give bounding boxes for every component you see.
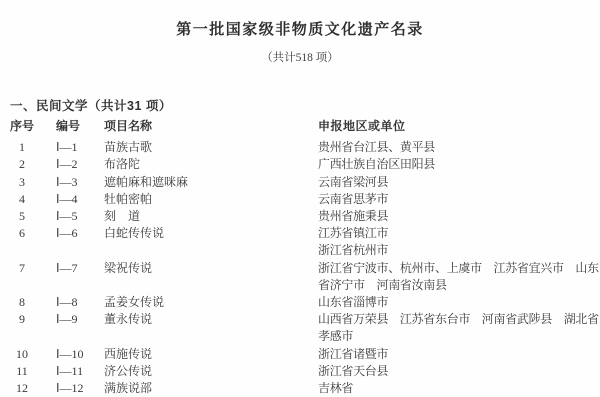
row-no: 6 — [6, 225, 38, 242]
row-name: 济公传说 — [104, 363, 318, 380]
row-region: 贵州省台江县、黄平县 — [318, 139, 600, 156]
row-name: 刻 道 — [104, 208, 318, 225]
row-name: 梁祝传说 — [104, 260, 318, 277]
table-row: 4Ⅰ—4牡帕密帕云南省思茅市 — [0, 191, 600, 208]
row-code: Ⅰ—8 — [56, 294, 104, 311]
table-row: 8Ⅰ—8孟姜女传说山东省淄博市 — [0, 294, 600, 311]
region-line: 贵州省施秉县 — [318, 208, 596, 225]
row-code: Ⅰ—9 — [56, 311, 104, 328]
region-line: 山西省万荣县 江苏省东台市 河南省武陟县 湖北省 — [318, 311, 599, 328]
region-line: 孝感市 — [318, 328, 599, 345]
row-region: 山东省淄博市 — [318, 294, 600, 311]
row-region: 广西壮族自治区田阳县 — [318, 156, 600, 173]
header-region: 申报地区或单位 — [318, 118, 600, 135]
row-no: 1 — [6, 139, 38, 156]
row-no: 12 — [6, 380, 38, 397]
row-no: 10 — [6, 346, 38, 363]
table-row: 2Ⅰ—2布洛陀广西壮族自治区田阳县 — [0, 156, 600, 173]
region-line: 浙江省天台县 — [318, 363, 596, 380]
row-name: 牡帕密帕 — [104, 191, 318, 208]
region-line: 广西壮族自治区田阳县 — [318, 156, 596, 173]
table-row: 12Ⅰ—12满族说部吉林省 — [0, 380, 600, 397]
region-line: 云南省梁河县 — [318, 174, 596, 191]
row-name: 董永传说 — [104, 311, 318, 328]
table-row: 3Ⅰ—3遮帕麻和遮咪麻云南省梁河县 — [0, 174, 600, 191]
row-code: Ⅰ—4 — [56, 191, 104, 208]
row-name: 满族说部 — [104, 380, 318, 397]
row-name: 西施传说 — [104, 346, 318, 363]
region-line: 山东省淄博市 — [318, 294, 596, 311]
row-name: 白蛇传传说 — [104, 225, 318, 242]
table-header-row: 序号 编号 项目名称 申报地区或单位 — [0, 118, 600, 135]
row-region: 浙江省诸暨市 — [318, 346, 600, 363]
region-line: 浙江省宁波市、杭州市、上虞市 江苏省宜兴市 山东 — [318, 260, 599, 277]
row-name: 孟姜女传说 — [104, 294, 318, 311]
region-line: 浙江省诸暨市 — [318, 346, 596, 363]
row-no: 11 — [6, 363, 38, 380]
row-no: 9 — [6, 311, 38, 328]
header-no: 序号 — [6, 118, 38, 135]
row-region: 浙江省天台县 — [318, 363, 600, 380]
row-name: 遮帕麻和遮咪麻 — [104, 174, 318, 191]
header-name: 项目名称 — [104, 118, 318, 135]
row-code: Ⅰ—6 — [56, 225, 104, 242]
row-name: 苗族古歌 — [104, 139, 318, 156]
table-row: 7Ⅰ—7梁祝传说浙江省宁波市、杭州市、上虞市 江苏省宜兴市 山东省济宁市 河南省… — [0, 260, 600, 294]
row-region: 贵州省施秉县 — [318, 208, 600, 225]
region-line: 省济宁市 河南省汝南县 — [318, 277, 599, 294]
region-line: 云南省思茅市 — [318, 191, 596, 208]
row-code: Ⅰ—12 — [56, 380, 104, 397]
row-region: 云南省梁河县 — [318, 174, 600, 191]
row-no: 3 — [6, 174, 38, 191]
row-region: 山西省万荣县 江苏省东台市 河南省武陟县 湖北省孝感市 — [318, 311, 600, 345]
table-row: 5Ⅰ—5刻 道贵州省施秉县 — [0, 208, 600, 225]
row-code: Ⅰ—3 — [56, 174, 104, 191]
row-no: 7 — [6, 260, 38, 277]
region-line: 贵州省台江县、黄平县 — [318, 139, 596, 156]
table-row: 11Ⅰ—11济公传说浙江省天台县 — [0, 363, 600, 380]
row-no: 4 — [6, 191, 38, 208]
row-code: Ⅰ—5 — [56, 208, 104, 225]
row-name: 布洛陀 — [104, 156, 318, 173]
document-page: 第一批国家级非物质文化遗产名录 （共计518 项） 一、民间文学（共计31 项）… — [0, 0, 600, 397]
row-region: 云南省思茅市 — [318, 191, 600, 208]
row-code: Ⅰ—11 — [56, 363, 104, 380]
row-region: 吉林省 — [318, 380, 600, 397]
row-code: Ⅰ—2 — [56, 156, 104, 173]
table-row: 10Ⅰ—10西施传说浙江省诸暨市 — [0, 346, 600, 363]
heritage-table: 序号 编号 项目名称 申报地区或单位 1Ⅰ—1苗族古歌贵州省台江县、黄平县2Ⅰ—… — [0, 118, 600, 397]
table-row: 6Ⅰ—6白蛇传传说江苏省镇江市浙江省杭州市 — [0, 225, 600, 259]
row-no: 8 — [6, 294, 38, 311]
row-no: 2 — [6, 156, 38, 173]
page-title: 第一批国家级非物质文化遗产名录 — [0, 18, 600, 39]
region-line: 吉林省 — [318, 380, 596, 397]
page-subtitle: （共计518 项） — [0, 49, 600, 65]
table-body: 1Ⅰ—1苗族古歌贵州省台江县、黄平县2Ⅰ—2布洛陀广西壮族自治区田阳县3Ⅰ—3遮… — [0, 139, 600, 397]
row-code: Ⅰ—7 — [56, 260, 104, 277]
row-region: 浙江省宁波市、杭州市、上虞市 江苏省宜兴市 山东省济宁市 河南省汝南县 — [318, 260, 600, 294]
row-code: Ⅰ—10 — [56, 346, 104, 363]
table-row: 9Ⅰ—9董永传说山西省万荣县 江苏省东台市 河南省武陟县 湖北省孝感市 — [0, 311, 600, 345]
row-region: 江苏省镇江市浙江省杭州市 — [318, 225, 600, 259]
section-heading: 一、民间文学（共计31 项） — [10, 96, 172, 114]
region-line: 江苏省镇江市 — [318, 225, 596, 242]
row-code: Ⅰ—1 — [56, 139, 104, 156]
header-code: 编号 — [56, 118, 104, 135]
table-row: 1Ⅰ—1苗族古歌贵州省台江县、黄平县 — [0, 139, 600, 156]
row-no: 5 — [6, 208, 38, 225]
region-line: 浙江省杭州市 — [318, 242, 596, 259]
